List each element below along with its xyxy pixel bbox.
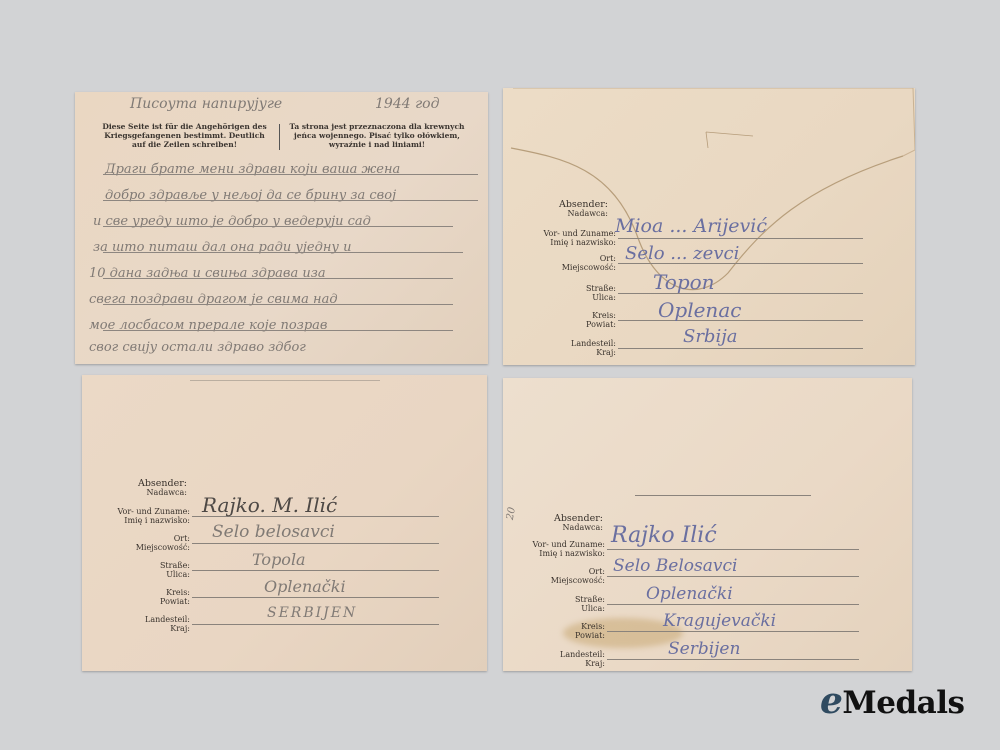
postcard-sender-side-left: Absender:Nadawca: Vor- und Zuname:Imię i…	[82, 375, 487, 671]
label-landesteil: Landesteil:Kraj:	[513, 339, 616, 357]
notice-divider	[279, 124, 280, 150]
label-landesteil: Landesteil:Kraj:	[508, 650, 605, 668]
label-ort: Ort:Miejscowość:	[508, 567, 605, 585]
postcard-message-side: Писоута напирујуге 1944 год Diese Seite …	[75, 92, 488, 364]
value-landesteil: Srbija	[683, 326, 738, 347]
label-name: Vor- und Zuname:Imię i nazwisko:	[513, 229, 616, 247]
field-line	[607, 549, 859, 550]
value-kreis: Oplenac	[658, 298, 741, 322]
field-line	[607, 631, 859, 632]
label-ort: Ort:Miejscowość:	[92, 534, 190, 552]
label-strasse: Straße:Ulica:	[92, 561, 190, 579]
postcard-envelope-side: Absender:Nadawca: Vor- und Zuname:Imię i…	[503, 88, 915, 365]
strike-line	[103, 226, 453, 227]
label-landesteil: Landesteil:Kraj:	[92, 615, 190, 633]
label-name: Vor- und Zuname:Imię i nazwisko:	[508, 540, 605, 558]
label-kreis: Kreis:Powiat:	[508, 622, 605, 640]
field-line	[618, 348, 863, 349]
field-line	[607, 659, 859, 660]
label-name: Vor- und Zuname:Imię i nazwisko:	[92, 507, 190, 525]
field-line	[192, 570, 439, 571]
value-name: Rajko Ilić	[611, 523, 717, 548]
top-field-line	[635, 495, 811, 496]
label-kreis: Kreis:Powiat:	[513, 311, 616, 329]
header-year: 1944 год	[375, 96, 439, 112]
value-kreis: Oplenački	[264, 577, 346, 596]
strike-line	[103, 330, 453, 331]
message-line: свог свију остали здраво здбог	[89, 340, 306, 355]
strike-line	[103, 278, 453, 279]
value-strasse: Oplenački	[646, 584, 733, 604]
field-line	[192, 597, 439, 598]
label-ort: Ort:Miejscowość:	[513, 254, 616, 272]
field-line	[607, 576, 859, 577]
label-strasse: Straße:Ulica:	[508, 595, 605, 613]
field-line	[192, 624, 439, 625]
label-absender: Absender:Nadawca:	[513, 200, 608, 218]
strike-line	[103, 252, 463, 253]
emedals-logo: eMedals	[820, 680, 964, 722]
postcard-sender-side-right: 20 Absender:Nadawca: Vor- und Zuname:Imi…	[503, 378, 912, 671]
top-field-line	[190, 380, 380, 381]
value-strasse: Topola	[252, 550, 306, 569]
value-strasse: Topon	[653, 270, 715, 294]
label-absender: Absender:Nadawca:	[508, 514, 603, 532]
notice-german: Diese Seite ist für die Angehörigen des …	[97, 122, 272, 149]
value-landesteil: Serbijen	[668, 639, 740, 659]
strike-line	[103, 200, 478, 201]
value-kreis: Kragujevački	[663, 611, 776, 631]
field-line	[607, 604, 859, 605]
field-line	[192, 543, 439, 544]
field-line	[618, 238, 863, 239]
value-ort: Selo Belosavci	[613, 556, 737, 576]
value-name: Mioa ... Arijević	[615, 215, 767, 237]
header-handwritten: Писоута напирујуге	[130, 96, 282, 112]
strike-line	[103, 174, 478, 175]
strike-line	[103, 304, 453, 305]
value-ort: Selo belosavci	[212, 522, 335, 542]
value-landesteil: SERBIJEN	[267, 605, 357, 621]
value-name: Rajko. M. Ilić	[202, 493, 337, 517]
label-kreis: Kreis:Powiat:	[92, 588, 190, 606]
notice-polish: Ta strona jest przeznaczona dla krewnych…	[287, 122, 467, 149]
value-ort: Selo ... zevci	[625, 243, 739, 264]
label-strasse: Straße:Ulica:	[513, 284, 616, 302]
label-absender: Absender:Nadawca:	[92, 479, 187, 497]
